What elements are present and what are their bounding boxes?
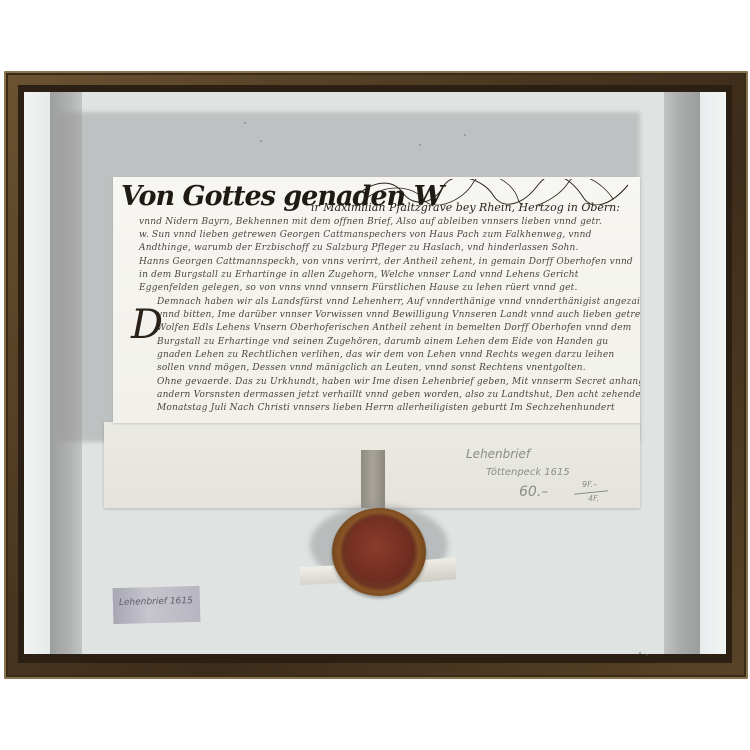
document-line: Eggenfelden gelegen, so von vnns vnnd vn… — [139, 283, 578, 293]
document-line: andern Vorsnsten dermassen jetzt verhail… — [157, 390, 640, 400]
document-line: Hanns Georgen Cattmannspeckh, von vnns v… — [139, 257, 633, 267]
document-line: Burgstall zu Erhartinge vnd seinen Zugeh… — [157, 337, 608, 347]
pencil-note-place-year: Töttenpeck 1615 — [486, 467, 570, 478]
pencil-note-price: 60.– — [519, 484, 548, 500]
charter-document: Von Gottes genaden W ir Maximilian Pfalt… — [113, 177, 640, 423]
pencil-note-fraction-top: 9F.– — [582, 480, 597, 489]
document-line: Monatstag Juli Nach Christi vnnsers lieb… — [157, 403, 615, 413]
glass-reflection-left — [24, 92, 50, 654]
document-line: w. Sun vnnd lieben getrewen Georgen Catt… — [139, 230, 592, 240]
glass-reflection-right — [700, 92, 726, 654]
document-line: Andthinge, warumb der Erzbischoff zu Sal… — [139, 243, 579, 253]
wax-seal-icon — [346, 517, 414, 583]
document-line: gnaden Lehen zu Rechtlichen verlihen, da… — [157, 350, 614, 360]
document-line: Wolfen Edls Lehens Vnsern Oberhoferische… — [157, 323, 631, 333]
document-heading-continuation: ir Maximilian Pfaltzgrave bey Rhein, Her… — [311, 201, 620, 214]
dust-speck — [639, 652, 641, 654]
document-line: sollen vnnd mögen, Dessen vnnd mänigclic… — [157, 363, 586, 373]
document-line: vnnd bitten, Ime darüber vnnser Vorwisse… — [157, 310, 640, 320]
document-line: in dem Burgstall zu Erhartinge in allen … — [139, 270, 579, 280]
shadow-strip-right — [664, 92, 700, 654]
pencil-note-title: Lehenbrief — [466, 447, 530, 461]
dust-speck — [646, 654, 648, 656]
document-line: vnnd Nidern Bayrn, Bekhennen mit dem off… — [139, 217, 602, 227]
document-line: Demnach haben wir als Landsfürst vnnd Le… — [157, 297, 640, 307]
document-line: Ohne gevaerde. Das zu Urkhundt, haben wi… — [157, 377, 640, 387]
pencil-note-fraction-bottom: 4F. — [588, 494, 599, 503]
seal-strap — [361, 450, 385, 508]
archive-label-sticker: Lehenbrief 1615 — [113, 586, 201, 624]
sticker-text: Lehenbrief 1615 — [119, 596, 193, 608]
